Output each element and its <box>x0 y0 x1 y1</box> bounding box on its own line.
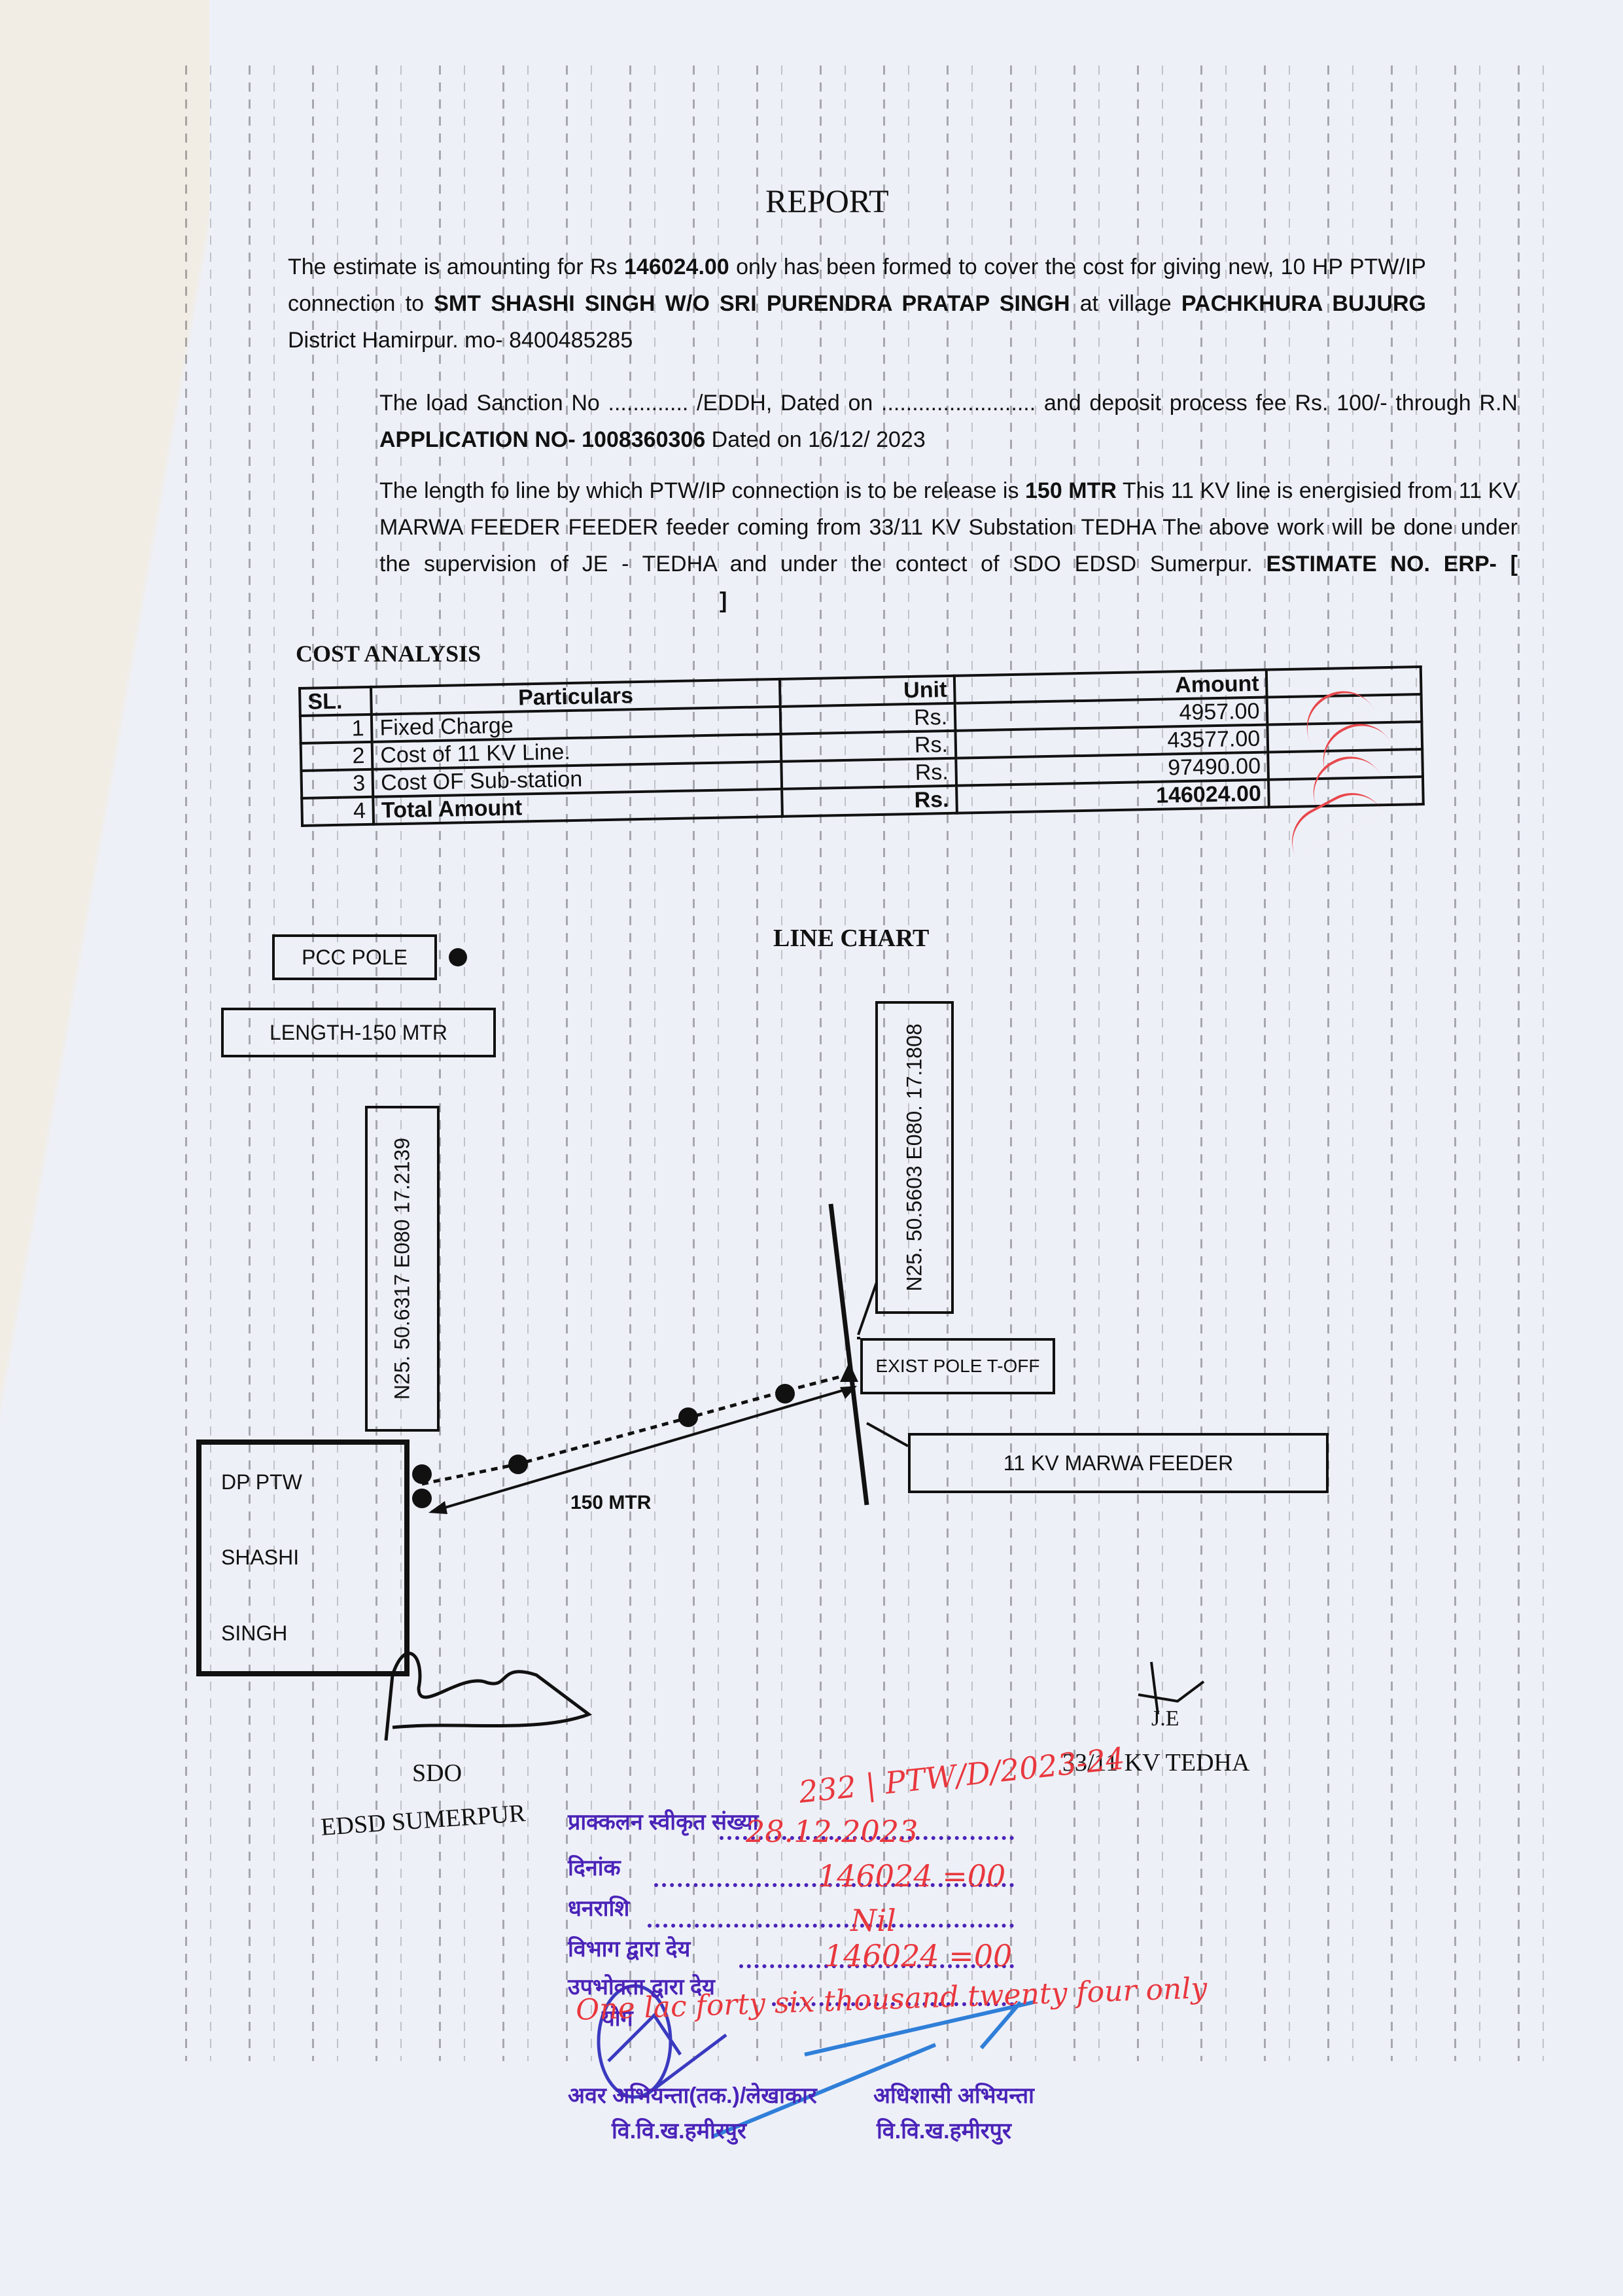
stamp-sign-right-title: अधिशासी अभियन्ता <box>873 2079 1034 2110</box>
handwritten-consumer-payable: 146024 =00 <box>824 1938 1012 1973</box>
pole-icon <box>678 1407 698 1427</box>
handwritten-date: 28.12.2023 <box>746 1814 918 1849</box>
document-page: REPORT The estimate is amounting for Rs … <box>0 0 1623 2296</box>
pole-icon <box>412 1489 432 1508</box>
sdo-signature-icon <box>386 1653 589 1740</box>
tapoff-pole-icon <box>840 1362 858 1382</box>
pole-icon <box>508 1455 528 1474</box>
feeder-line <box>831 1204 867 1505</box>
stamp-sign-right-office: वि.वि.ख.हमीरपुर <box>877 2115 1011 2145</box>
sdo-label: SDO <box>412 1759 462 1788</box>
pole-icon <box>775 1384 795 1404</box>
handwritten-department-payable: Nil <box>850 1903 896 1938</box>
stamp-sign-left-office: वि.वि.ख.हमीरपुर <box>612 2115 746 2145</box>
stamp-label-amount: धनराशि <box>568 1892 629 1922</box>
stamp-sign-left-title: अवर अभियन्ता(तक.)/लेखाकार <box>568 2079 817 2110</box>
pole-icon <box>412 1464 432 1484</box>
stamp-label-department-payable: विभाग द्वारा देय <box>568 1933 690 1963</box>
pcc-pole-icon <box>449 948 467 966</box>
arrow-head-icon <box>428 1501 447 1514</box>
stamp-label-date: दिनांक <box>568 1852 621 1882</box>
je-label: J.E <box>1151 1706 1179 1731</box>
handwritten-amount: 146024 =00 <box>818 1858 1005 1894</box>
